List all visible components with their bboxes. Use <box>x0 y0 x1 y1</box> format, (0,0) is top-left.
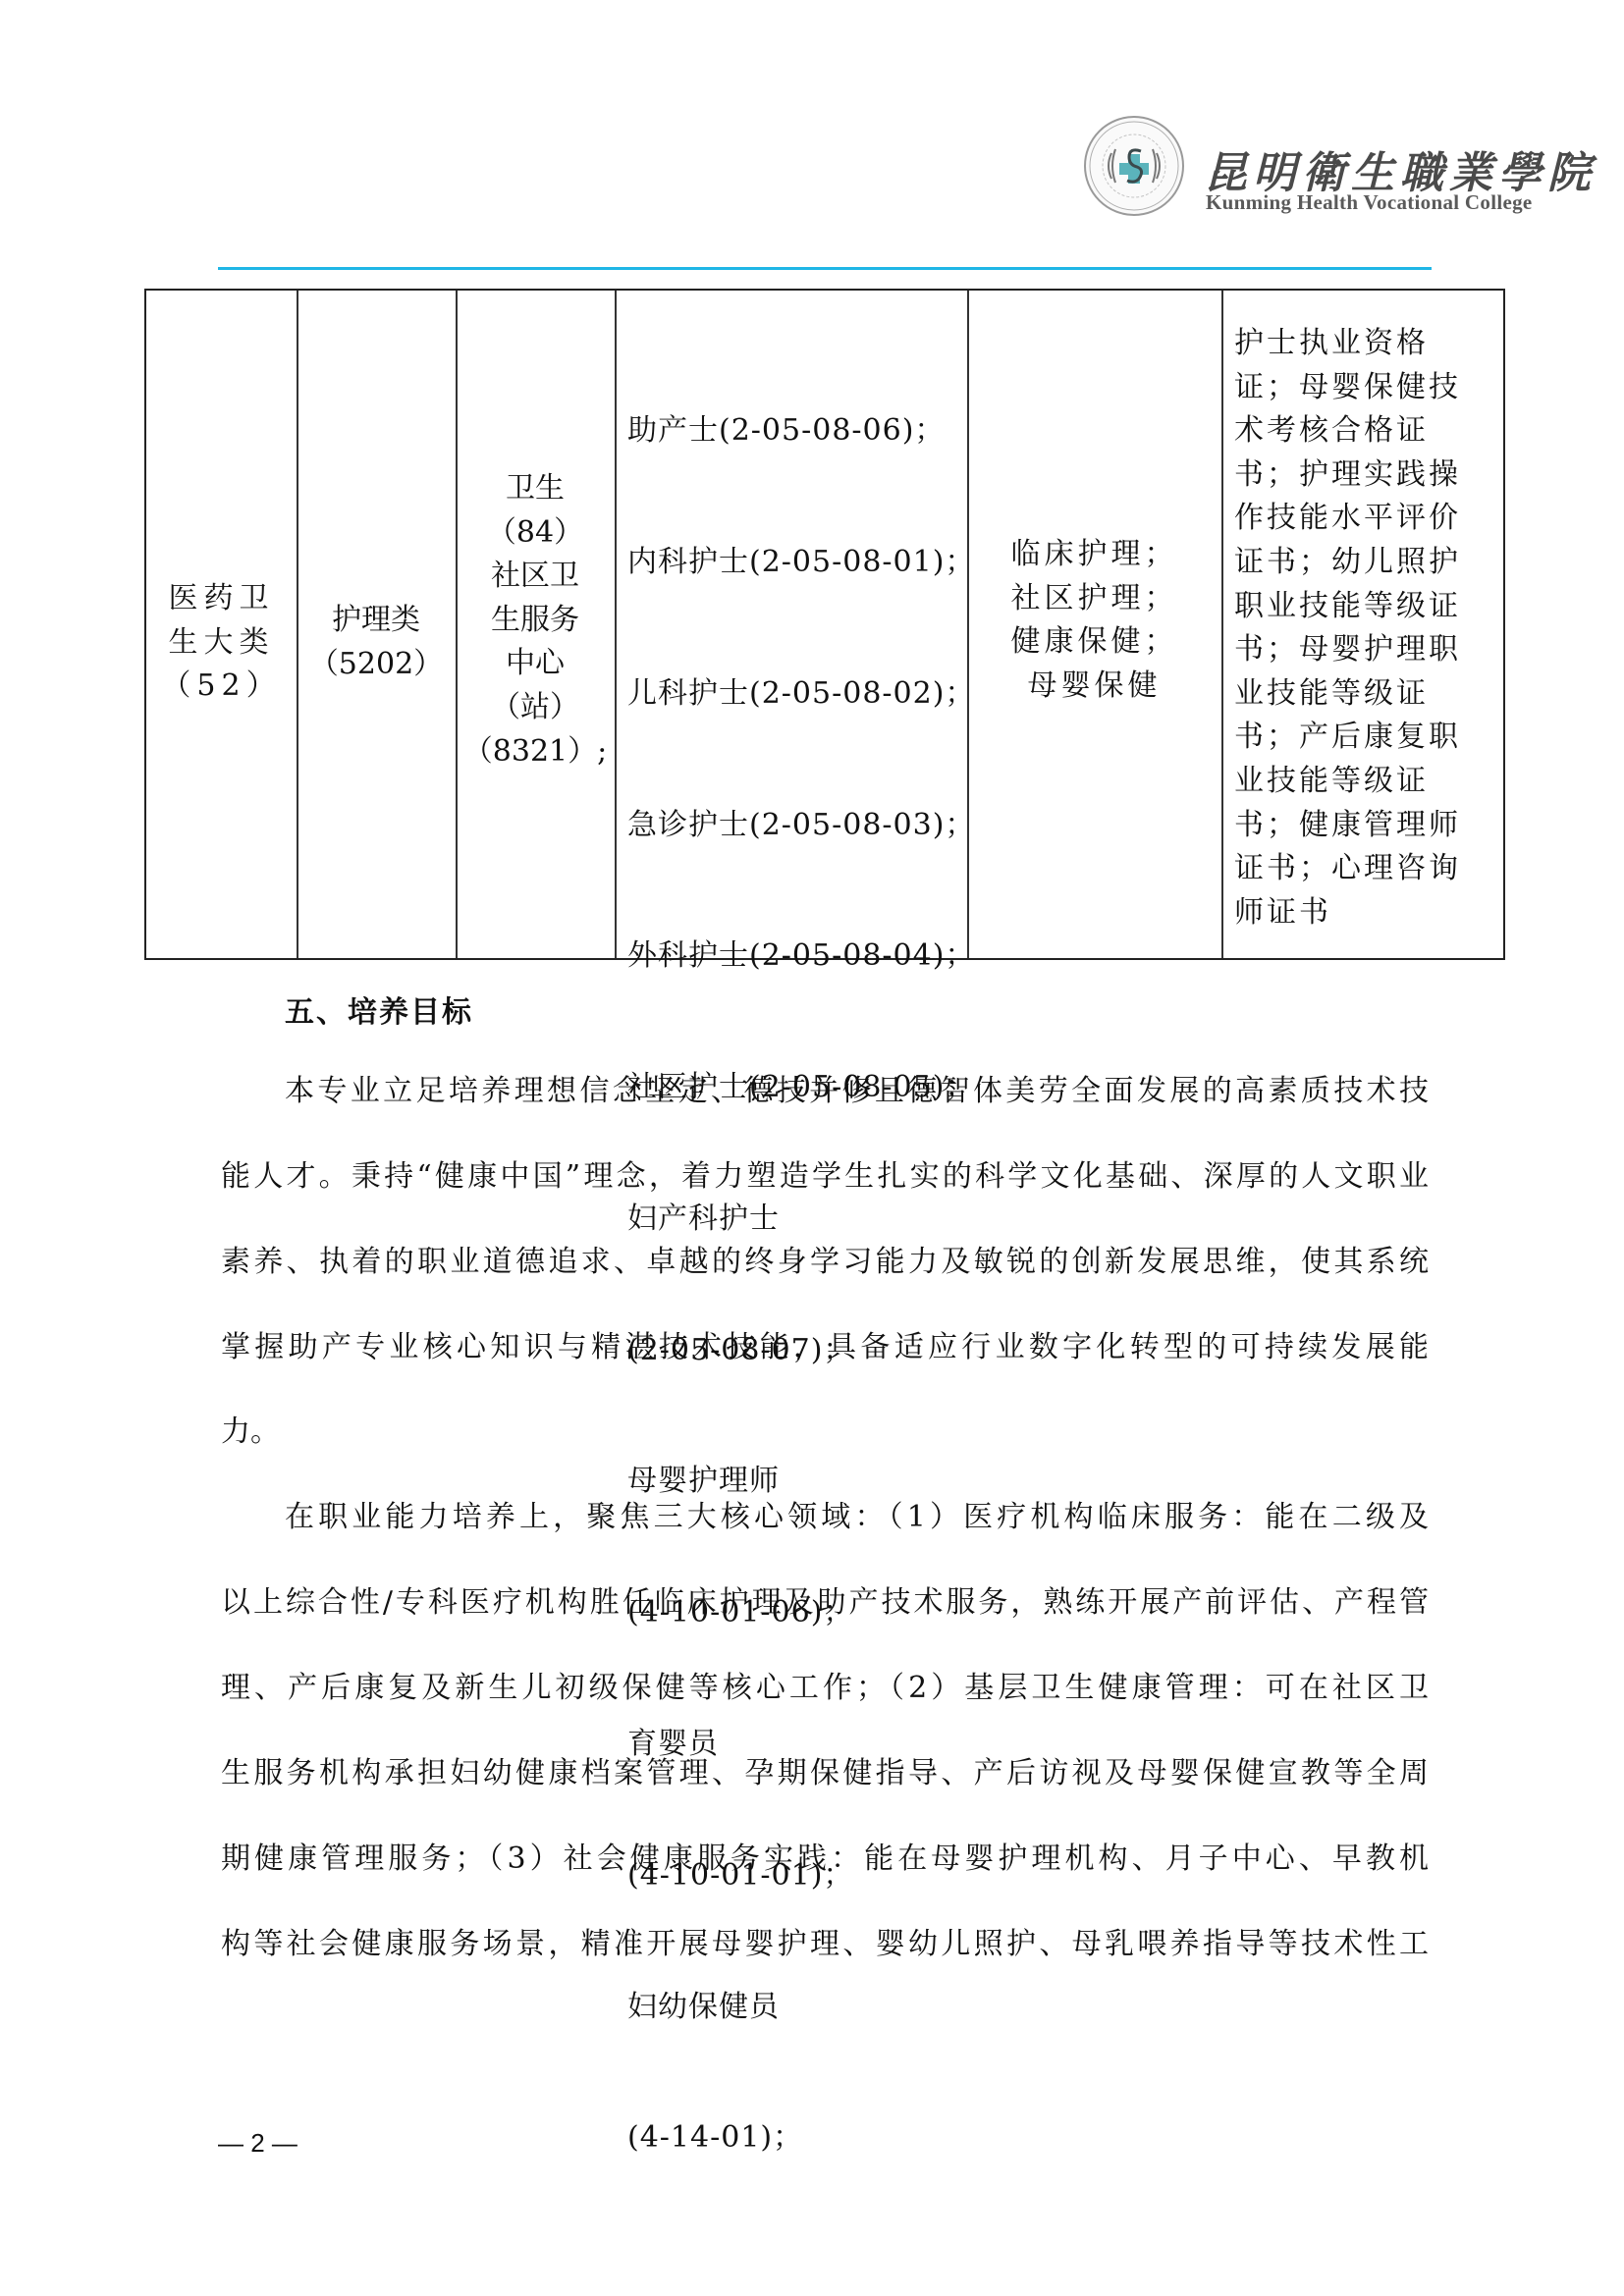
column-divider <box>615 291 617 958</box>
occupation-table: 医药卫 生大类 （52） 护理类 （5202） 卫生 （84） 社区卫 生服务 … <box>144 289 1505 960</box>
cell-professional-subcategory: 护理类 （5202） <box>297 599 456 686</box>
paragraph-line: 掌握助产专业核心知识与精湛技术技能，具备适应行业数字化转型的可持续发展能 <box>221 1326 1429 1369</box>
paragraph-line: 本专业立足培养理想信念坚定、德技并修且德智体美劳全面发展的高素质技术技 <box>285 1070 1429 1113</box>
paragraph-line: 理、产后康复及新生儿初级保健等核心工作；（2）基层卫生健康管理：可在社区卫 <box>221 1667 1429 1710</box>
section-heading: 五、培养目标 <box>285 988 473 1031</box>
cell-job-areas: 临床护理； 社区护理； 健康保健； 母婴保健 <box>967 533 1221 708</box>
page-number: — 2 — <box>218 2128 298 2159</box>
college-seal-logo <box>1084 116 1184 216</box>
paragraph-line: 以上综合性/专科医疗机构胜任临床护理及助产技术服务，熟练开展产前评估、产程管 <box>221 1581 1429 1625</box>
paragraph-line: 能人才。秉持“健康中国”理念，着力塑造学生扎实的科学文化基础、深厚的人文职业 <box>221 1155 1429 1199</box>
paragraph-line: 期健康管理服务；（3）社会健康服务实践：能在母婴护理机构、月子中心、早教机 <box>221 1838 1429 1881</box>
college-name-english: Kunming Health Vocational College <box>1206 190 1533 215</box>
paragraph-line: 素养、执着的职业道德追求、卓越的终身学习能力及敏锐的创新发展思维，使其系统 <box>221 1241 1429 1284</box>
seal-emblem-icon <box>1086 118 1182 214</box>
paragraph-line: 生服务机构承担妇幼健康档案管理、孕期保健指导、产后访视及母婴保健宣教等全周 <box>221 1752 1429 1795</box>
column-divider <box>1221 291 1223 958</box>
paragraph-line: 力。 <box>221 1411 1429 1454</box>
cell-certificates: 护士执业资格 证；母婴保健技 术考核合格证 书；护理实践操 作技能水平评价 证书… <box>1234 322 1470 934</box>
cell-professional-category: 医药卫 生大类 （52） <box>146 577 297 709</box>
cell-industry: 卫生 （84） 社区卫 生服务 中心 （站） （8321）; <box>456 467 615 774</box>
paragraph-line: 在职业能力培养上，聚焦三大核心领域：（1）医疗机构临床服务：能在二级及 <box>285 1496 1429 1539</box>
paragraph-line: 构等社会健康服务场景，精准开展母婴护理、婴幼儿照护、母乳喂养指导等技术性工 <box>221 1923 1429 1966</box>
header-divider <box>218 267 1432 270</box>
